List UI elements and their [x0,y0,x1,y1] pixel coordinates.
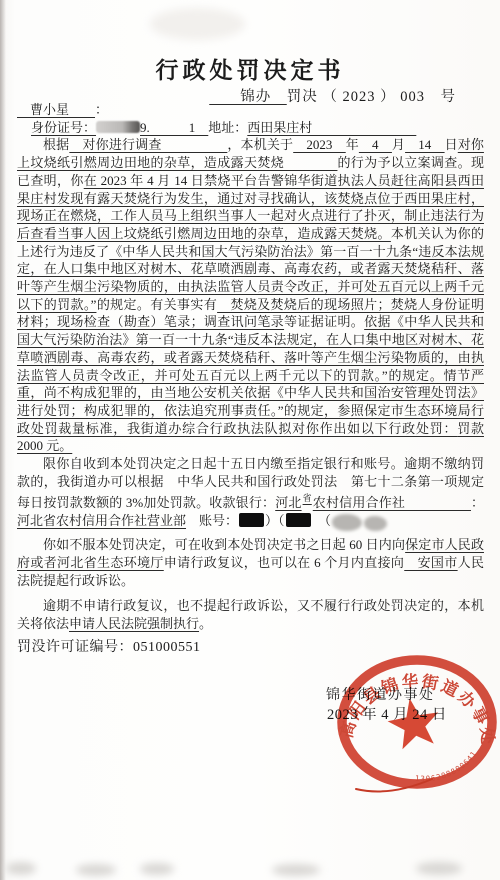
page-title: 行政处罚决定书 [0,52,500,85]
paragraph: 限你自收到本处罚决定之日起十五日内缴至指定银行和账号。逾期不缴纳罚款的，我街道办… [17,455,484,531]
permit-label: 罚没许可证编号： [17,640,133,655]
text-segment: 河北 [275,495,301,510]
text-segment: 对你进行调查 [69,137,227,152]
text-segment: 账号： [186,513,238,528]
scanned-penalty-document: 行政处罚决定书 锦办 罚决 （ 2023 ） 003 号 曹小星 ：身份证号：9… [0,0,500,880]
text-segment: 申请行政复议，也可以在 6 个月内直接向 [164,555,404,570]
paragraph: 根据 对你进行调查 ，本机关于 2023 年 4 月 14 日对你上坟烧纸引燃周… [17,136,484,455]
text-segment: 。 [199,616,212,631]
text-segment: 身份证号： [31,120,96,135]
text-segment: 等证据证明。 [284,314,364,329]
scan-smudge [6,862,36,875]
text-segment: 申请人民法院强制执行 [69,616,199,631]
text-segment: 河北省农村信用合作社营业部 [17,513,186,528]
paragraph: 曹小星 ： [17,101,484,119]
text-segment: 9. 1 [140,120,208,135]
official-seal-stamp: 高阳县锦华街道办事处 1306288800641 [335,653,500,795]
pen-stroke-mark [352,775,436,797]
text-segment: 2023 [293,137,346,152]
text-segment: 日 [445,137,458,152]
text-segment: 地址： [208,120,247,135]
text-segment: ，本机关于 [227,137,293,152]
redaction-black [286,513,311,527]
text-segment: 西田果庄村 [247,120,416,135]
paragraph: 身份证号：9. 1 地址：西田果庄村 [17,119,484,137]
text-segment: 农村信用合作社 [313,495,471,510]
text-segment: 曹小星 [17,102,95,117]
scan-smudge [416,862,462,875]
text-segment: 月 [392,137,405,152]
redaction-black [239,513,264,527]
text-segment: 你如不服本处罚决定，可在收到本处罚决定书之日起 60 日内向 [43,537,405,552]
text-segment: 的规定。有关事实有 [96,297,217,312]
scan-smudge [140,863,174,875]
text-segment: 省 [303,493,312,503]
text-segment: 4 [359,137,392,152]
paragraph: 你如不服本处罚决定，可在收到本处罚决定书之日起 60 日内向保定市人民政府或者河… [17,536,484,589]
redaction-blur [332,514,362,531]
text-segment: 年 [346,137,359,152]
permit-number-line: 罚没许可证编号：051000551 [17,636,201,656]
text-segment: 安国市 [404,555,457,570]
paragraph: 逾期不申请行政复议，也不提起行政诉讼，又不履行行政处罚决定的，本机关将依法申请人… [17,597,484,632]
redaction-blur [364,516,387,531]
page-edge-shadow [0,0,6,880]
text-segment: 中华人民共和国行政处罚法 [164,474,351,489]
text-segment: ）（ [265,513,285,528]
text-segment: （ [312,513,332,528]
seal-star [384,694,443,751]
redaction-blur [96,121,140,133]
scan-smudge [272,864,320,876]
scan-smudge [76,864,116,876]
scan-smudge [150,8,245,40]
text-segment: ： [471,495,484,510]
document-body: 曹小星 ：身份证号：9. 1 地址：西田果庄村 根据 对你进行调查 ，本机关于 … [17,101,484,634]
text-segment: ： [95,102,108,117]
text-segment: 依据《中华人民共和国大气污染防治法》第一百一十九条“违反本法规定，在人口集中地区… [17,314,484,435]
text-segment: 根据 [43,137,69,152]
permit-number: 051000551 [133,640,201,655]
text-segment: 14 [405,137,445,152]
